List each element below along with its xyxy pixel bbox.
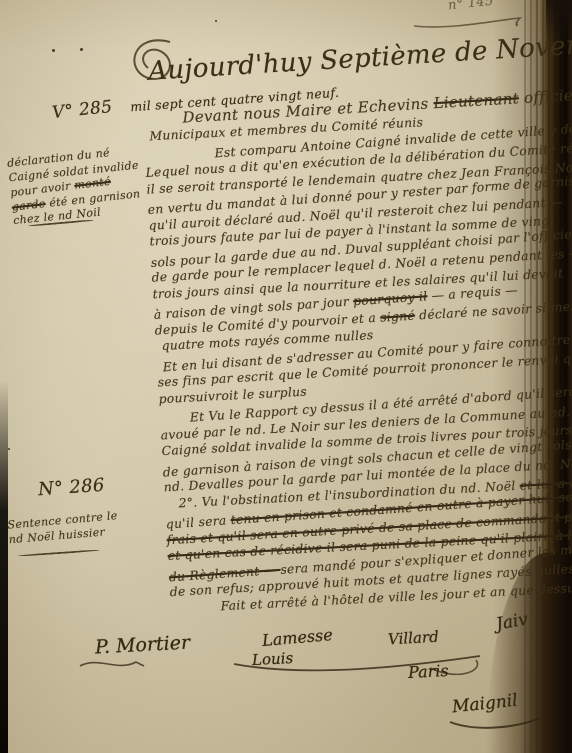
ink-speck	[215, 20, 217, 22]
ink-speck	[8, 448, 10, 450]
margin-note-286: Sentence contre lend Noël huissier	[7, 506, 139, 547]
margin-entry-number-285: V° 285	[51, 97, 113, 123]
ink-text: officiers	[518, 85, 572, 107]
ink-speck	[80, 48, 83, 51]
margin-entry-number-286: N° 286	[37, 475, 105, 501]
manuscript-page: n° 145 Aujourd'huy Septième de Novembre …	[0, 0, 572, 753]
signature-villard: Villard	[388, 628, 440, 649]
struck-text: pourquoy il	[353, 289, 428, 308]
margin-underline	[18, 549, 100, 557]
folio-flourish-line	[412, 14, 527, 34]
struck-text: signé	[380, 308, 416, 324]
ink-speck	[52, 49, 55, 52]
scan-left-edge	[0, 380, 8, 753]
body-text: Devant nous Maire et Echevins Lieutenant…	[142, 86, 572, 620]
folio-number: n° 145	[447, 0, 494, 13]
signature-flourish-line	[230, 648, 490, 684]
struck-text: Lieutenant	[433, 89, 519, 112]
signature-paraph-mortier	[78, 652, 148, 674]
margin-note-285: déclaration du néCaigné soldat invalidep…	[7, 144, 142, 229]
signature-lamesse: Lamesse	[261, 625, 333, 650]
signature-flourish-maignil	[446, 714, 546, 734]
